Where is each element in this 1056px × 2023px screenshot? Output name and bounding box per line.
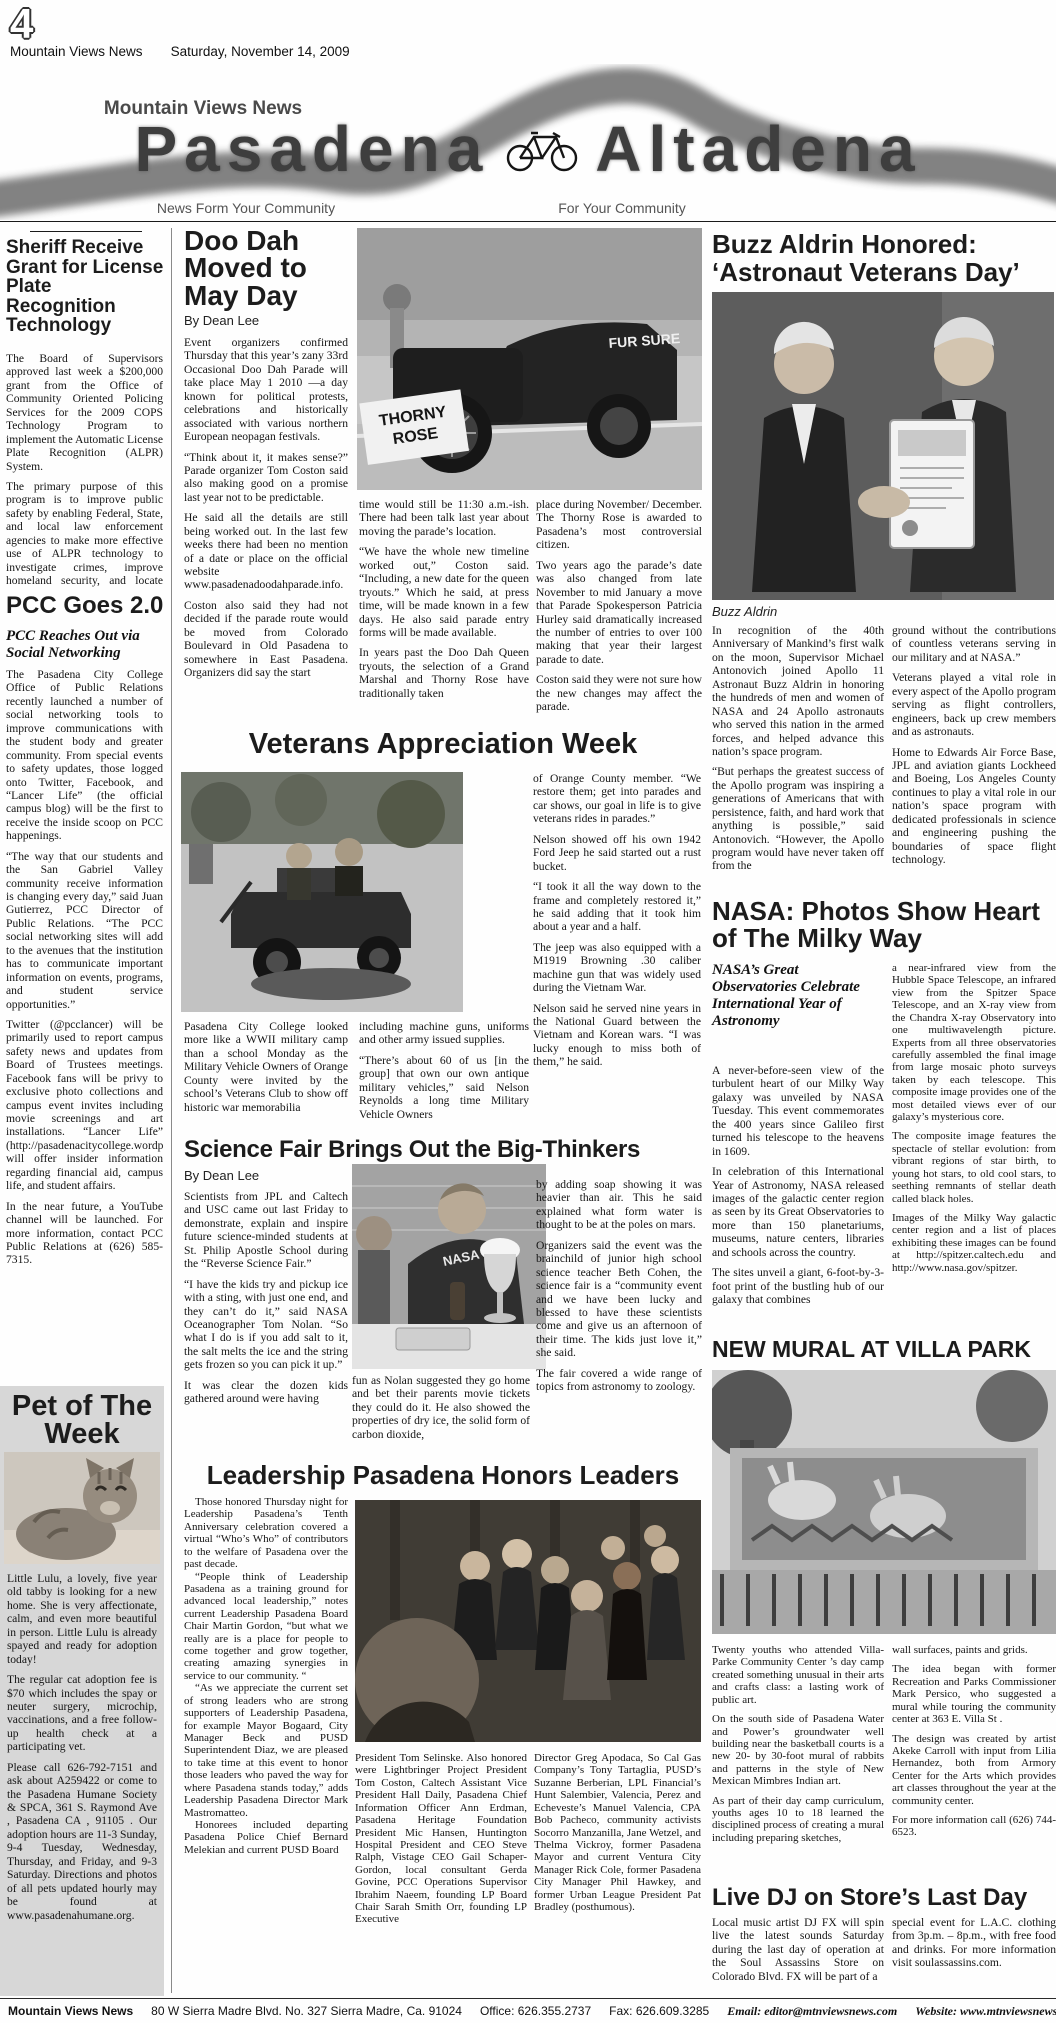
paragraph: “I took it all the way down to the frame… <box>533 880 701 934</box>
group-of-honorees-illustration <box>355 1500 701 1742</box>
veterans-headline: Veterans Appreciation Week <box>184 728 702 761</box>
paragraph: Veterans played a vital role in every as… <box>892 671 1056 738</box>
dj-col2: special event for L.A.C. clothing from 3… <box>892 1916 1056 1994</box>
paragraph: “I have the kids try and pickup ice with… <box>184 1278 348 1372</box>
footer-email: Email: editor@mtnviewsnews.com <box>727 2004 897 2018</box>
paragraph: He said all the details are still being … <box>184 511 348 592</box>
paragraph: “There’s about 60 of us [in the group] t… <box>359 1054 529 1121</box>
science-demo-illustration: NASA <box>352 1164 546 1369</box>
masthead: Mountain Views News Pasadena Altadena Ne… <box>0 52 1056 220</box>
paragraph: The sites unveil a giant, 6-foot-by-3-fo… <box>712 1266 884 1306</box>
paragraph: For more information call (626) 744-6523… <box>892 1814 1056 1839</box>
nasa-col2: a near-infrared view from the Hubble Spa… <box>892 962 1056 1330</box>
paragraph: Two years ago the parade’s date was also… <box>536 559 702 667</box>
paragraph: including machine guns, uniforms and oth… <box>359 1020 529 1047</box>
paragraph: by adding soap showing it was heavier th… <box>536 1178 702 1232</box>
certificate <box>890 420 974 548</box>
footer-rule <box>0 1998 1056 1999</box>
paragraph: The fair covered a wide range of topics … <box>536 1367 702 1394</box>
paragraph: On the south side of Pasadena Water and … <box>712 1713 884 1788</box>
paragraph: Home to Edwards Air Force Base, JPL and … <box>892 746 1056 867</box>
sheriff-body: The Board of Supervisors approved last w… <box>6 352 163 588</box>
paragraph: ground without the contributions of coun… <box>892 624 1056 664</box>
mural-col2: wall surfaces, paints and grids.The idea… <box>892 1644 1056 1880</box>
paragraph: Twitter (@pcclancer) will be primarily u… <box>6 1018 163 1193</box>
paragraph: Scientists from JPL and Caltech and USC … <box>184 1190 348 1271</box>
dj-headline: Live DJ on Store’s Last Day <box>712 1884 1056 1912</box>
paragraph: Nelson said he served nine years in the … <box>533 1002 701 1069</box>
paragraph: Little Lulu, a lovely, five year old tab… <box>7 1572 157 1666</box>
doodah-col1: Event organizers confirmed Thursday that… <box>184 336 348 722</box>
science-col2: fun as Nolan suggested they go home and … <box>352 1374 530 1460</box>
paragraph: President Tom Selinske. Also honored wer… <box>355 1752 527 1926</box>
paragraph: “People think of Leadership Pasadena as … <box>184 1571 348 1683</box>
paragraph: Event organizers confirmed Thursday that… <box>184 336 348 444</box>
paragraph: wall surfaces, paints and grids. <box>892 1644 1056 1656</box>
military-jeep-illustration <box>181 772 463 1012</box>
paragraph: Nelson showed off his own 1942 Ford Jeep… <box>533 833 701 873</box>
paragraph: fun as Nolan suggested they go home and … <box>352 1374 530 1441</box>
paragraph: The Pasadena City College Office of Publ… <box>6 668 163 843</box>
paragraph: place during November/ December. The Tho… <box>536 498 702 552</box>
bicycle-icon <box>505 125 579 173</box>
veterans-jeep-photo <box>181 772 463 1012</box>
paragraph: In celebration of this International Yea… <box>712 1165 884 1259</box>
veterans-side-col: of Orange County member. “We restore the… <box>533 772 701 1164</box>
paragraph: A never-before-seen view of the turbulen… <box>712 1064 884 1158</box>
paragraph: In years past the Doo Dah Queen tryouts,… <box>359 646 529 700</box>
paragraph: Those honored Thursday night for Leaders… <box>184 1496 348 1571</box>
doodah-headline: Doo Dah Moved to May Day <box>184 227 360 309</box>
buzz-headline: Buzz Aldrin Honored: ‘Astronaut Veterans… <box>712 231 1056 286</box>
pcc-subhead: PCC Reaches Out via Social Networking <box>6 628 163 662</box>
paragraph: Honorees included departing Pasadena Pol… <box>184 1819 348 1856</box>
pet-body: Little Lulu, a lovely, five year old tab… <box>7 1572 157 1988</box>
footer-address: 80 W Sierra Madre Blvd. No. 327 Sierra M… <box>151 2004 462 2018</box>
villa-park-mural-illustration <box>712 1370 1056 1634</box>
footer-website: Website: www.mtnviewsnews.com <box>915 2004 1056 2018</box>
paragraph: Twenty youths who attended Villa-Parke C… <box>712 1644 884 1706</box>
handshake-ceremony-illustration <box>712 292 1054 600</box>
column-rule <box>171 228 172 1993</box>
paragraph: Local music artist DJ FX will spin live … <box>712 1916 884 1983</box>
vintage-parade-car-illustration: FUR SURE THORNY ROSE <box>357 228 702 490</box>
buzz-aldrin-photo <box>712 292 1054 600</box>
paragraph: In recognition of the 40th Anniversary o… <box>712 624 884 758</box>
doodah-col3: place during November/ December. The Tho… <box>536 498 702 722</box>
paragraph: It was clear the dozen kids gathered aro… <box>184 1379 348 1406</box>
section-rule <box>30 231 142 232</box>
doodah-col2: time would still be 11:30 a.m.-ish. Ther… <box>359 498 529 722</box>
paragraph: Images of the Milky Way galactic center … <box>892 1212 1056 1274</box>
tabby-cat-illustration <box>4 1452 160 1564</box>
mural-col1: Twenty youths who attended Villa-Parke C… <box>712 1644 884 1880</box>
footer: Mountain Views News80 W Sierra Madre Blv… <box>8 2004 1056 2019</box>
sheriff-headline: Sheriff Receive Grant for License Plate … <box>6 238 164 336</box>
pet-headline: Pet of The Week <box>0 1386 164 1449</box>
paragraph: As part of their day camp curriculum, yo… <box>712 1795 884 1845</box>
paragraph: Pasadena City College looked more like a… <box>184 1020 348 1114</box>
doodah-byline: By Dean Lee <box>184 313 259 328</box>
paragraph: The primary purpose of this program is t… <box>6 480 163 588</box>
footer-paper: Mountain Views News <box>8 2004 133 2018</box>
paragraph: The idea began with former Recreation an… <box>892 1663 1056 1725</box>
masthead-tagline-right: For Your Community <box>512 200 732 216</box>
science-fair-photo: NASA <box>352 1164 546 1369</box>
paragraph: The design was created by artist Akeke C… <box>892 1733 1056 1808</box>
paragraph: a near-infrared view from the Hubble Spa… <box>892 962 1056 1123</box>
paragraph: “But perhaps the greatest success of the… <box>712 765 884 873</box>
newspaper-page: 4 Mountain Views NewsSaturday, November … <box>0 0 1056 2023</box>
paragraph: The Board of Supervisors approved last w… <box>6 352 163 473</box>
science-headline: Science Fair Brings Out the Big-Thinkers <box>184 1136 704 1164</box>
nasa-headline: NASA: Photos Show Heart of The Milky Way <box>712 898 1056 953</box>
paragraph: special event for L.A.C. clothing from 3… <box>892 1916 1056 1970</box>
buzz-col2: ground without the contributions of coun… <box>892 624 1056 896</box>
paragraph: Coston said they were not sure how the n… <box>536 673 702 713</box>
paragraph: In the near future, a YouTube channel wi… <box>6 1200 163 1267</box>
mural-photo <box>712 1370 1056 1634</box>
leadership-col2: President Tom Selinske. Also honored wer… <box>355 1752 527 1990</box>
page-number: 4 <box>10 0 33 48</box>
leadership-col3: Director Greg Apodaca, So Cal Gas Compan… <box>534 1752 701 1990</box>
doodah-parade-photo: FUR SURE THORNY ROSE <box>357 228 702 490</box>
paragraph: Director Greg Apodaca, So Cal Gas Compan… <box>534 1752 701 1913</box>
paragraph: The composite image features the spectac… <box>892 1130 1056 1205</box>
paragraph: The jeep was also equipped with a M1919 … <box>533 941 701 995</box>
cat-photo <box>4 1452 160 1564</box>
science-col3: by adding soap showing it was heavier th… <box>536 1178 702 1462</box>
paragraph: Please call 626-792-7151 and ask about A… <box>7 1761 157 1922</box>
paragraph: “Think about it, it makes sense?” Parade… <box>184 451 348 505</box>
leadership-col1: Those honored Thursday night for Leaders… <box>184 1496 348 1986</box>
paragraph: Organizers said the event was the brainc… <box>536 1239 702 1360</box>
science-byline: By Dean Lee <box>184 1168 259 1183</box>
footer-office: Office: 626.355.2737 <box>480 2004 591 2018</box>
buzz-caption: Buzz Aldrin <box>712 604 777 619</box>
paragraph: time would still be 11:30 a.m.-ish. Ther… <box>359 498 529 538</box>
masthead-title-pasadena: Pasadena <box>134 112 489 186</box>
dj-col1: Local music artist DJ FX will spin live … <box>712 1916 884 1994</box>
masthead-title-altadena: Altadena <box>595 112 921 186</box>
science-col1: Scientists from JPL and Caltech and USC … <box>184 1190 348 1452</box>
masthead-tagline-left: News Form Your Community <box>128 200 364 216</box>
pcc-body: The Pasadena City College Office of Publ… <box>6 668 163 1382</box>
paragraph: “We have the whole new timeline worked o… <box>359 545 529 639</box>
masthead-title: Pasadena Altadena <box>30 110 1026 188</box>
paragraph: “As we appreciate the current set of str… <box>184 1682 348 1819</box>
paragraph: Coston also said they had not decided if… <box>184 599 348 680</box>
pet-of-week-block: Pet of The Week Little Lulu, a lovely, f… <box>0 1386 164 1996</box>
buzz-col1: In recognition of the 40th Anniversary o… <box>712 624 884 892</box>
nasa-subhead: NASA’s Great Observatories Celebrate Int… <box>712 962 870 1030</box>
paragraph: “The way that our students and the San G… <box>6 850 163 1011</box>
paragraph: of Orange County member. “We restore the… <box>533 772 701 826</box>
masthead-rule <box>0 221 1056 222</box>
mural-headline: NEW MURAL AT VILLA PARK <box>712 1336 1056 1363</box>
paragraph: The regular cat adoption fee is $70 whic… <box>7 1673 157 1754</box>
pcc-headline: PCC Goes 2.0 <box>6 592 168 620</box>
footer-fax: Fax: 626.609.3285 <box>609 2004 709 2018</box>
leadership-headline: Leadership Pasadena Honors Leaders <box>184 1460 702 1491</box>
nasa-col1: A never-before-seen view of the turbulen… <box>712 1064 884 1330</box>
leadership-group-photo <box>355 1500 701 1742</box>
